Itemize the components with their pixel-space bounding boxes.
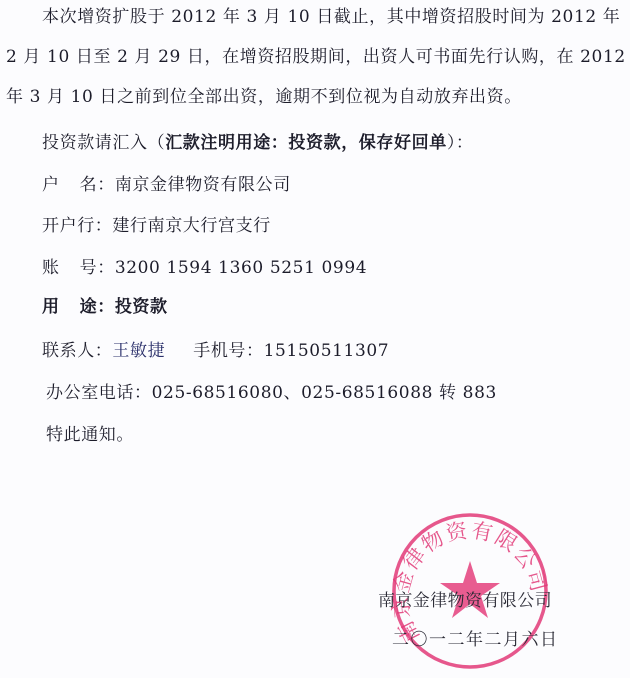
account-number-label-b: 号： (80, 258, 115, 278)
purpose-value: 投资款 (115, 297, 168, 317)
account-name-value: 南京金律物资有限公司 (115, 175, 291, 195)
remit-instruction: 投资款请汇入（汇款注明用途：投资款，保存好回单）： (42, 133, 474, 153)
office-phone-label: 办公室电话： (46, 383, 152, 403)
paragraph-line-2: 2 月 10 日至 2 月 29 日，在增资招股期间，出资人可书面先行认购，在 … (6, 47, 626, 67)
account-name-label-a: 户 (42, 175, 60, 195)
paragraph-line-3: 年 3 月 10 日之前到位全部出资，逾期不到位视为自动放弃出资。 (6, 87, 522, 107)
office-phone-row: 办公室电话：025-68516080、025-68516088 转 883 (46, 383, 497, 403)
purpose-label-a: 用 (42, 297, 60, 317)
purpose-row: 用途：投资款 (42, 297, 168, 317)
remit-suffix: ）： (447, 133, 474, 153)
account-name-row: 户名：南京金律物资有限公司 (42, 175, 291, 195)
account-name-label-b: 名： (80, 175, 115, 195)
remit-note: 汇款注明用途：投资款，保存好回单 (165, 133, 447, 153)
closing-text: 特此通知。 (46, 425, 134, 445)
account-number-value: 3200 1594 1360 5251 0994 (115, 258, 367, 278)
remit-prefix: 投资款请汇入（ (42, 133, 165, 153)
signature-date: 二〇一二年二月六日 (392, 630, 559, 650)
mobile-number: 15150511307 (264, 341, 390, 361)
mobile-label: 手机号： (193, 341, 263, 361)
office-phone-value: 025-68516080、025-68516088 转 883 (152, 383, 497, 403)
bank-value: 建行南京大行宫支行 (112, 216, 270, 236)
signature-company: 南京金律物资有限公司 (378, 591, 552, 611)
contact-name: 王敏捷 (112, 341, 165, 361)
contact-label: 联系人： (42, 341, 112, 361)
purpose-label-b: 途： (80, 297, 115, 317)
bank-label: 开户行： (42, 216, 112, 236)
account-number-label-a: 账 (42, 258, 60, 278)
account-number-row: 账号：3200 1594 1360 5251 0994 (42, 258, 367, 278)
paragraph-line-1: 本次增资扩股于 2012 年 3 月 10 日截止，其中增资招股时间为 2012… (42, 7, 620, 27)
contact-row: 联系人：王敏捷手机号：15150511307 (42, 341, 389, 361)
bank-row: 开户行：建行南京大行宫支行 (42, 216, 271, 236)
